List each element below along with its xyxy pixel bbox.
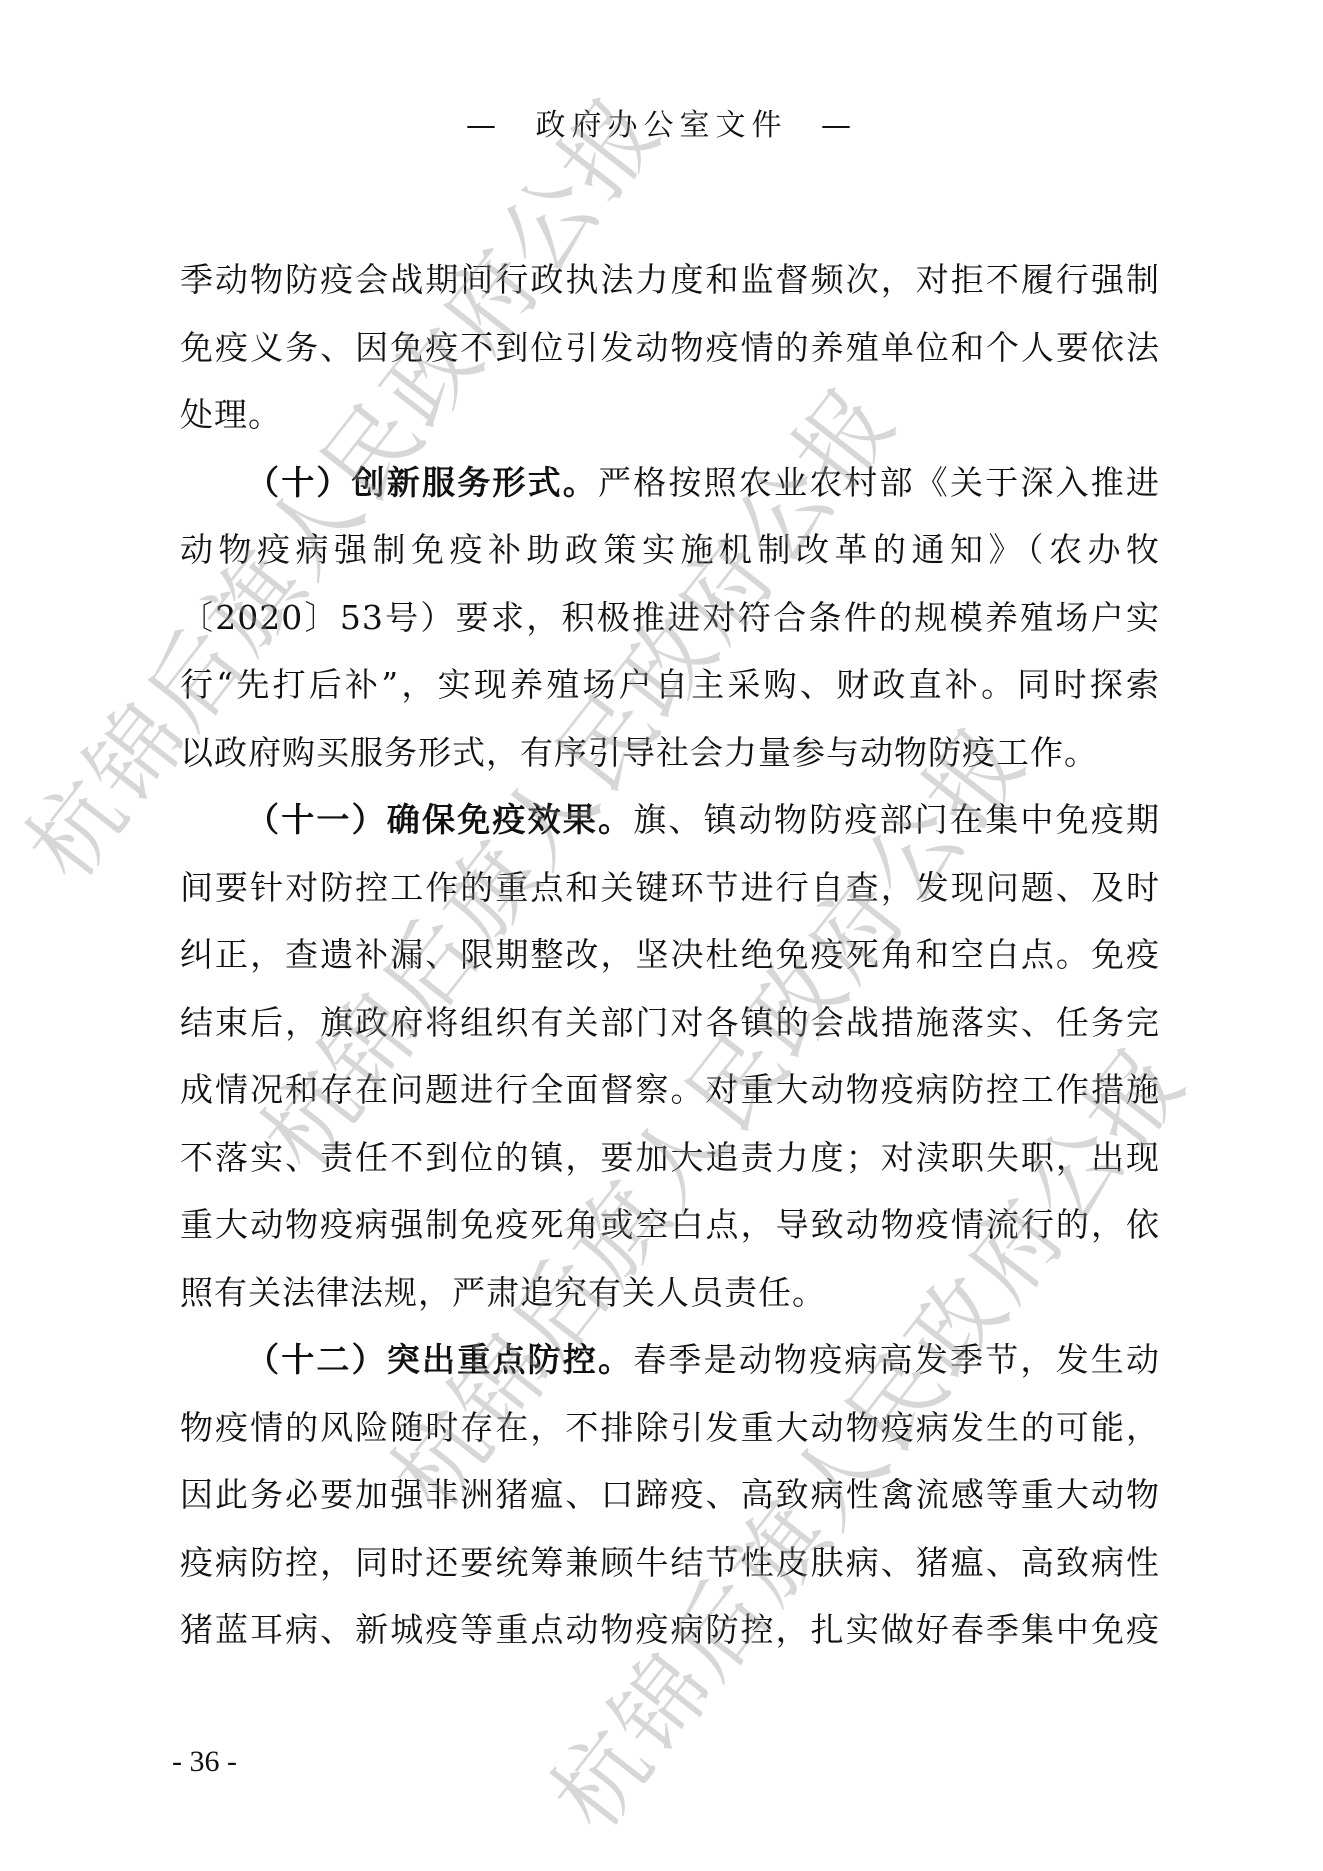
- text-line: 〔2020〕53号）要求，积极推进对符合条件的规模养殖场户实: [180, 584, 1160, 652]
- text-line: 结束后，旗政府将组织有关部门对各镇的会战措施落实、任务完: [180, 989, 1160, 1057]
- text-line: 不落实、责任不到位的镇，要加大追责力度；对渎职失职，出现: [180, 1124, 1160, 1192]
- section-11-first-line: （十一）确保免疫效果。旗、镇动物防疫部门在集中免疫期: [180, 786, 1160, 854]
- text-line: 间要针对防控工作的重点和关键环节进行自查，发现问题、及时: [180, 854, 1160, 922]
- text-line: 动物疫病强制免疫补助政策实施机制改革的通知》（农办牧: [180, 516, 1160, 584]
- text-run: 严格按照农业农村部《关于深入推进: [598, 463, 1160, 502]
- document-body: 季动物防疫会战期间行政执法力度和监督频次，对拒不履行强制 免疫义务、因免疫不到位…: [180, 246, 1160, 1664]
- section-10-first-line: （十）创新服务形式。严格按照农业农村部《关于深入推进: [180, 449, 1160, 517]
- text-line: 重大动物疫病强制免疫死角或空白点，导致动物疫情流行的，依: [180, 1191, 1160, 1259]
- text-line: 疫病防控，同时还要统筹兼顾牛结节性皮肤病、猪瘟、高致病性: [180, 1529, 1160, 1597]
- header-dash-right: —: [821, 108, 857, 143]
- document-page: — 政府办公室文件 — 季动物防疫会战期间行政执法力度和监督频次，对拒不履行强制…: [0, 0, 1323, 1871]
- text-line: 行“先打后补”，实现养殖场户自主采购、财政直补。同时探索: [180, 651, 1160, 719]
- text-line: 季动物防疫会战期间行政执法力度和监督频次，对拒不履行强制: [180, 246, 1160, 314]
- text-line: 处理。: [180, 381, 1160, 449]
- text-run: 春季是动物疫病高发季节，发生动: [633, 1340, 1160, 1379]
- text-line: 因此务必要加强非洲猪瘟、口蹄疫、高致病性禽流感等重大动物: [180, 1461, 1160, 1529]
- text-line: 猪蓝耳病、新城疫等重点动物疫病防控，扎实做好春季集中免疫: [180, 1596, 1160, 1664]
- text-line: 成情况和存在问题进行全面督察。对重大动物疫病防控工作措施: [180, 1056, 1160, 1124]
- page-header: — 政府办公室文件 —: [0, 100, 1323, 144]
- text-line: 纠正，查遗补漏、限期整改，坚决杜绝免疫死角和空白点。免疫: [180, 921, 1160, 989]
- header-dash-left: —: [466, 108, 502, 143]
- text-run: 旗、镇动物防疫部门在集中免疫期: [633, 800, 1160, 839]
- section-heading-12: （十二）突出重点防控。: [246, 1340, 633, 1379]
- section-12-first-line: （十二）突出重点防控。春季是动物疫病高发季节，发生动: [180, 1326, 1160, 1394]
- header-title: 政府办公室文件: [536, 108, 788, 143]
- section-heading-10: （十）创新服务形式。: [246, 463, 598, 502]
- text-line: 以政府购买服务形式，有序引导社会力量参与动物防疫工作。: [180, 719, 1160, 787]
- section-heading-11: （十一）确保免疫效果。: [246, 800, 633, 839]
- text-line: 照有关法律法规，严肃追究有关人员责任。: [180, 1259, 1160, 1327]
- text-line: 免疫义务、因免疫不到位引发动物疫情的养殖单位和个人要依法: [180, 314, 1160, 382]
- text-line: 物疫情的风险随时存在，不排除引发重大动物疫病发生的可能，: [180, 1394, 1160, 1462]
- page-number: - 36 -: [172, 1745, 237, 1779]
